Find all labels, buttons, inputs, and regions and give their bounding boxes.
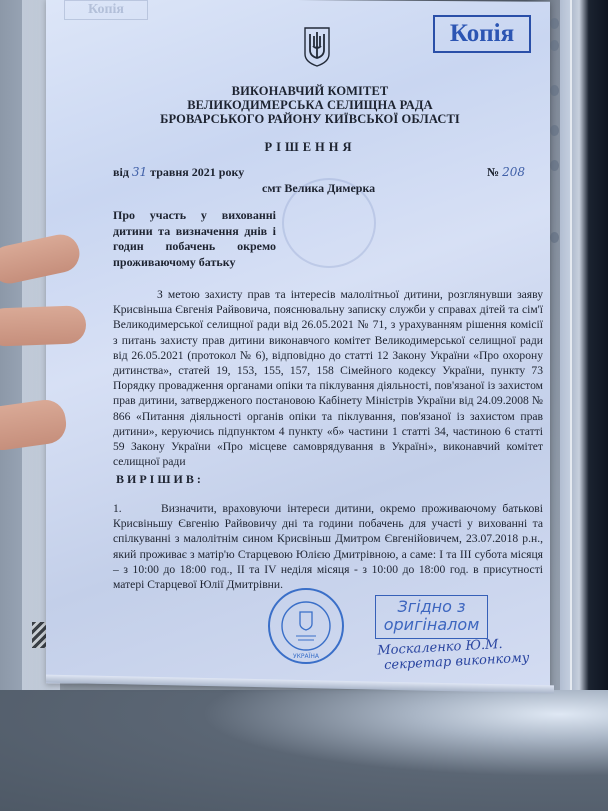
hand: [0, 235, 80, 445]
header-line-1: ВИКОНАВЧИЙ КОМІТЕТ: [100, 84, 520, 98]
certified-line-2: оригіналом: [376, 616, 487, 634]
item-number: 1.: [113, 501, 161, 516]
document-date: від 31 травня 2021 року: [113, 165, 244, 180]
header-line-3: БРОВАРСЬКОГО РАЙОНУ КИЇВСЬКОЇ ОБЛАСТІ: [100, 112, 520, 126]
certified-line-1: Згідно з: [376, 598, 487, 616]
header-line-2: ВЕЛИКОДИМЕРСЬКА СЕЛИЩНА РАДА: [100, 98, 520, 112]
copy-stamp: Копія: [433, 15, 531, 53]
number-value: 208: [502, 165, 525, 179]
date-prefix: від: [113, 165, 129, 179]
preamble-paragraph: З метою захисту прав та інтересів малолі…: [113, 287, 543, 469]
resolved-heading: ВИРІШИВ:: [116, 472, 204, 487]
certified-copy-stamp: Згідно з оригіналом: [375, 595, 488, 639]
number-label: №: [487, 165, 499, 179]
punch-holes: [548, 0, 562, 700]
coat-of-arms-icon: [302, 24, 332, 68]
ghost-copy-stamp: Копія: [64, 0, 148, 20]
document-subject: Про участь у вихованні дитини та визначе…: [113, 208, 276, 270]
date-day: 31: [132, 165, 147, 179]
document-number: № 208: [487, 165, 525, 180]
issuer-header: ВИКОНАВЧИЙ КОМІТЕТ ВЕЛИКОДИМЕРСЬКА СЕЛИЩ…: [100, 84, 520, 126]
resolution-item: 1.Визначити, враховуючи інтереси дитини,…: [113, 501, 543, 592]
svg-text:УКРАЇНА: УКРАЇНА: [293, 653, 320, 660]
table-surface: [0, 690, 608, 811]
official-seal-icon: УКРАЇНА: [266, 586, 346, 666]
document-place: смт Велика Димерка: [262, 181, 375, 196]
warning-sticker: [32, 622, 46, 648]
document-title: РІШЕННЯ: [100, 140, 520, 155]
date-rest: травня 2021 року: [150, 165, 244, 179]
item-text: Визначити, враховуючи інтереси дитини, о…: [113, 502, 543, 591]
